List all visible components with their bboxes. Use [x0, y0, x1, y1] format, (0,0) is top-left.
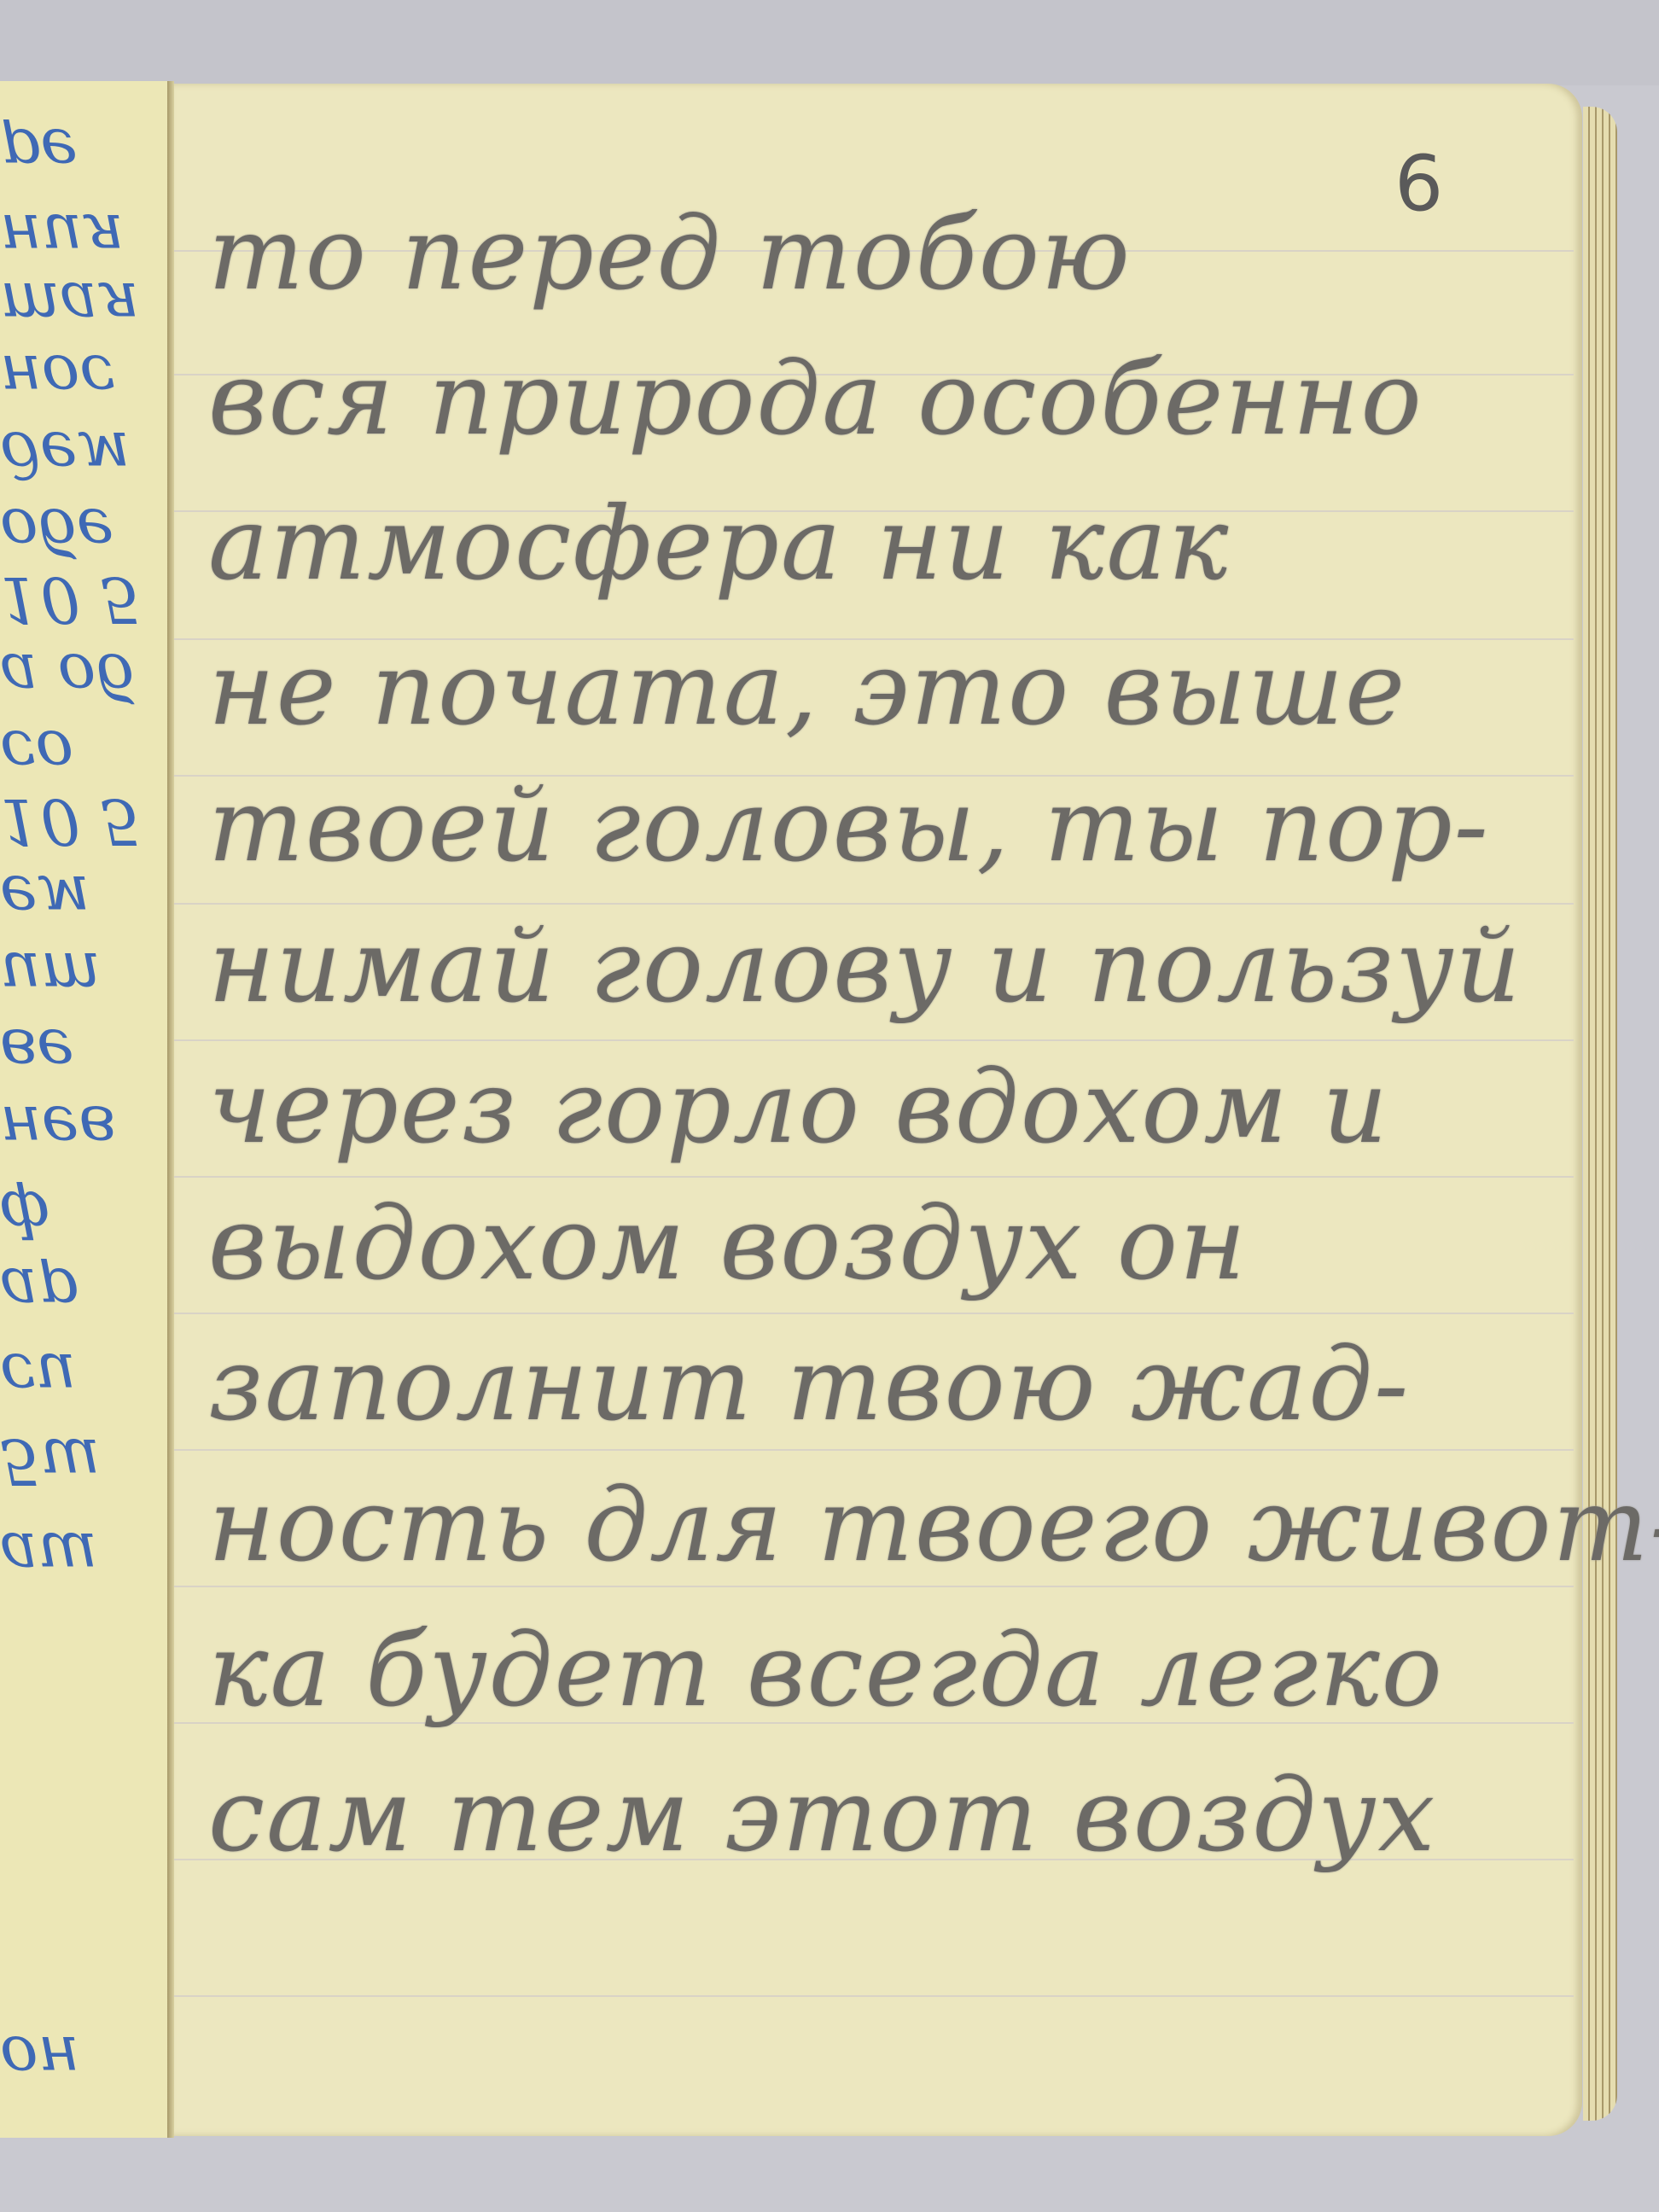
- notebook-gutter: [167, 81, 174, 2138]
- left-page-fragment: а об: [0, 644, 169, 707]
- left-page-fragment: ния: [0, 205, 169, 268]
- handwritten-line: через горло вдохом и: [208, 1048, 1389, 1166]
- ruled-line: [174, 1313, 1574, 1314]
- ruled-line: [174, 1449, 1574, 1451]
- left-page: ре ния тая нос дем обе 10 5 а об со 10 5…: [0, 81, 171, 2138]
- left-page-fragment: аш: [0, 1523, 169, 1586]
- left-page-fragment: со: [0, 721, 169, 784]
- ruled-line: [174, 1995, 1574, 1997]
- left-page-fragment: дем: [0, 422, 169, 486]
- ruled-line: [174, 1039, 1574, 1041]
- left-page-fragment: ве: [0, 1020, 169, 1083]
- left-page-fragment: он: [0, 2027, 169, 2090]
- left-page-fragment: си: [0, 1344, 169, 1407]
- left-page-fragment: обе: [0, 499, 169, 562]
- handwritten-line: то перед тобою: [208, 195, 1132, 312]
- left-page-fragment: 10 5: [0, 568, 169, 631]
- handwritten-line: не почата, это выше: [208, 630, 1406, 748]
- left-page-fragment: ем: [0, 866, 169, 929]
- left-page-fragment: ит: [0, 943, 169, 1006]
- left-page-fragment: ар: [0, 1259, 169, 1322]
- handwritten-line: ность для твоего живот-: [208, 1466, 1659, 1584]
- handwritten-line: вся природа особенно: [208, 340, 1423, 457]
- page-number: 6: [1394, 139, 1443, 229]
- left-page-fragment: тая: [0, 273, 169, 336]
- right-page: 6 то перед тобою вся природа особенно ат…: [174, 84, 1582, 2136]
- background-surface: [0, 0, 1659, 85]
- handwritten-line: сам тем этот воздух: [208, 1756, 1436, 1874]
- left-page-fragment: нев: [0, 1097, 169, 1160]
- ruled-line: [174, 1586, 1574, 1587]
- ruled-line: [174, 1176, 1574, 1178]
- handwritten-line: твоей головы, ты пор-: [208, 766, 1490, 884]
- handwritten-line: выдохом воздух он: [208, 1185, 1248, 1302]
- handwritten-line: ка будет всегда легко: [208, 1611, 1444, 1729]
- left-page-fragment: нос: [0, 346, 169, 409]
- ruled-line: [174, 903, 1574, 905]
- handwritten-line: нимай голову и пользуй: [208, 907, 1522, 1025]
- left-page-fragment: 10 5: [0, 789, 169, 853]
- left-page-fragment: ре: [0, 119, 169, 183]
- left-page-fragment: 5ш: [0, 1429, 169, 1493]
- page-stack-edges: [1583, 107, 1617, 2121]
- handwritten-line: атмосфера ни как: [208, 485, 1230, 602]
- handwritten-line: заполнит твою жад-: [208, 1325, 1410, 1443]
- left-page-fragment: ф: [0, 1182, 169, 1245]
